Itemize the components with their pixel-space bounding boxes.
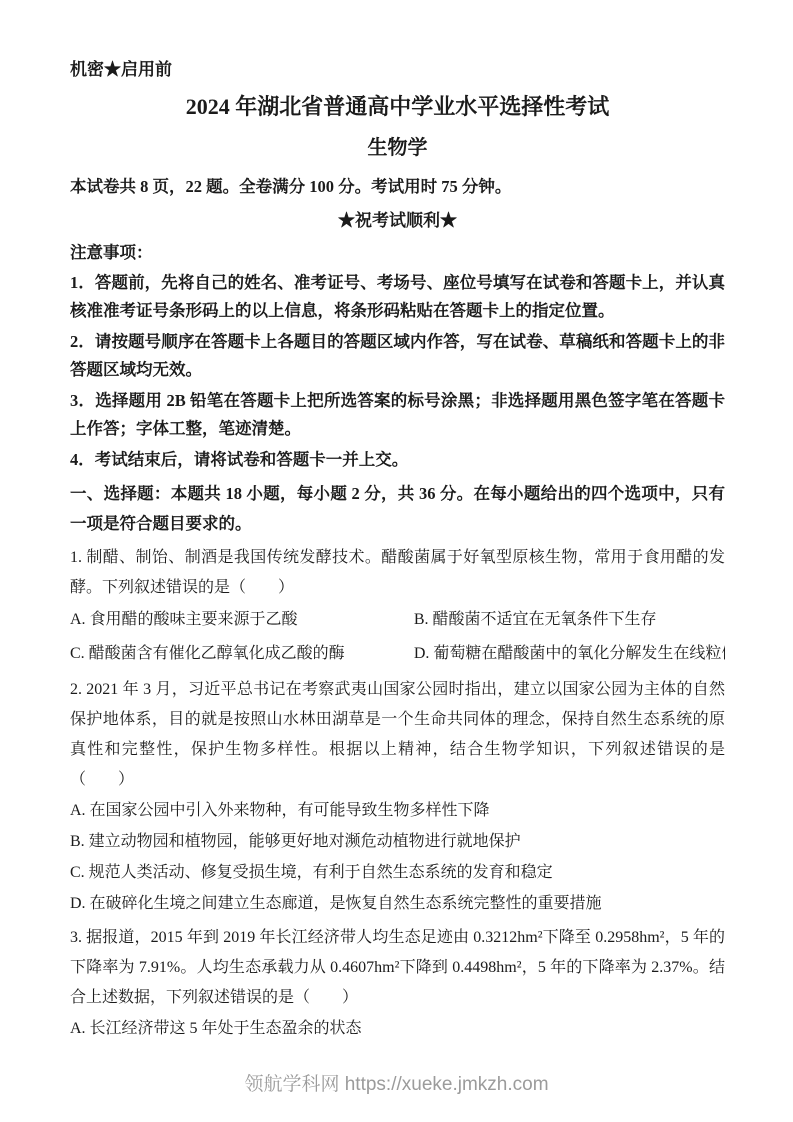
question-1-option-a: A. 食用醋的酸味主要来源于乙酸 (70, 603, 414, 637)
question-2-option-c: C. 规范人类活动、修复受损生境，有利于自然生态系统的发育和稳定 (70, 857, 725, 888)
confidential-label: 机密★启用前 (70, 58, 725, 82)
question-2: 2. 2021 年 3 月，习近平总书记在考察武夷山国家公园时指出，建立以国家公… (70, 675, 725, 919)
notice-item-3: 3．选择题用 2B 铅笔在答题卡上把所选答案的标号涂黑；非选择题用黑色签字笔在答… (70, 387, 725, 443)
exam-info-line: 本试卷共 8 页，22 题。全卷满分 100 分。考试用时 75 分钟。 (70, 174, 725, 200)
question-2-options: A. 在国家公园中引入外来物种，有可能导致生物多样性下降 B. 建立动物园和植物… (70, 795, 725, 919)
watermark: 领航学科网 https://xueke.jmkzh.com (0, 1069, 793, 1096)
section-heading: 一、选择题：本题共 18 小题，每小题 2 分，共 36 分。在每小题给出的四个… (70, 479, 725, 539)
exam-paper-page: 机密★启用前 2024 年湖北省普通高中学业水平选择性考试 生物学 本试卷共 8… (0, 0, 793, 1122)
question-1-options: A. 食用醋的酸味主要来源于乙酸 B. 醋酸菌不适宜在无氧条件下生存 C. 醋酸… (70, 603, 725, 671)
notice-item-4: 4．考试结束后，请将试卷和答题卡一并上交。 (70, 446, 725, 474)
question-1-stem: 1. 制醋、制饴、制酒是我国传统发酵技术。醋酸菌属于好氧型原核生物，常用于食用醋… (70, 543, 725, 603)
question-1-option-c: C. 醋酸菌含有催化乙醇氧化成乙酸的酶 (70, 637, 414, 671)
question-1-option-b: B. 醋酸菌不适宜在无氧条件下生存 (414, 603, 725, 637)
question-2-option-b: B. 建立动物园和植物园，能够更好地对濒危动植物进行就地保护 (70, 826, 725, 857)
question-3-stem: 3. 据报道，2015 年到 2019 年长江经济带人均生态足迹由 0.3212… (70, 923, 725, 1013)
notice-item-1: 1．答题前，先将自己的姓名、准考证号、考场号、座位号填写在试卷和答题卡上，并认真… (70, 269, 725, 325)
question-2-option-a: A. 在国家公园中引入外来物种，有可能导致生物多样性下降 (70, 795, 725, 826)
question-3: 3. 据报道，2015 年到 2019 年长江经济带人均生态足迹由 0.3212… (70, 923, 725, 1044)
question-1: 1. 制醋、制饴、制酒是我国传统发酵技术。醋酸菌属于好氧型原核生物，常用于食用醋… (70, 543, 725, 671)
notice-item-2: 2．请按题号顺序在答题卡上各题目的答题区域内作答，写在试卷、草稿纸和答题卡上的非… (70, 328, 725, 384)
subject-title: 生物学 (70, 134, 725, 162)
question-1-option-d: D. 葡萄糖在醋酸菌中的氧化分解发生在线粒体内 (414, 637, 725, 671)
notices-heading: 注意事项： (70, 240, 725, 266)
exam-title: 2024 年湖北省普通高中学业水平选择性考试 (70, 92, 725, 122)
exam-wish-line: ★祝考试顺利★ (70, 208, 725, 234)
question-3-option-a: A. 长江经济带这 5 年处于生态盈余的状态 (70, 1013, 725, 1044)
question-2-stem: 2. 2021 年 3 月，习近平总书记在考察武夷山国家公园时指出，建立以国家公… (70, 675, 725, 795)
watermark-text: 领航学科网 https://xueke.jmkzh.com (244, 1074, 548, 1095)
notices-section: 注意事项： 1．答题前，先将自己的姓名、准考证号、考场号、座位号填写在试卷和答题… (70, 240, 725, 474)
question-2-option-d: D. 在破碎化生境之间建立生态廊道，是恢复自然生态系统完整性的重要措施 (70, 888, 725, 919)
question-3-options: A. 长江经济带这 5 年处于生态盈余的状态 (70, 1013, 725, 1044)
